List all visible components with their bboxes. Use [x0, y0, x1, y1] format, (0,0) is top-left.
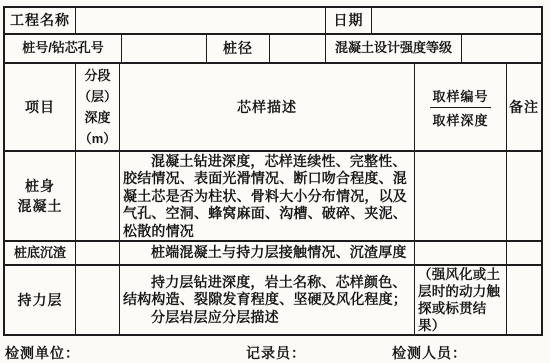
row2-description-cell: 桩端混凝土与持力层接触情况、沉渣厚度	[120, 242, 415, 264]
header-item-cell: 项目	[5, 64, 76, 150]
row1-item-label: 桩身 混凝土	[18, 176, 63, 216]
strength-grade-field[interactable]	[462, 35, 541, 62]
inspector-label: 检测人员：	[392, 343, 467, 363]
row1-description-cell: 混凝土钻进深度，芯样连续性、完整性、胶结情况、表面光滑情况、断口吻合程度、混凝土…	[120, 152, 415, 240]
row3-description-text: 持力层钻进深度，岩土名称、芯样颜色、结构构造、裂隙发育程度、坚硬及风化程度；	[123, 274, 409, 309]
pile-number-label: 桩号/钻芯孔号	[22, 38, 104, 58]
row3-remark-field[interactable]	[507, 266, 541, 334]
inspection-record-table: 工程名称 日期 桩号/钻芯孔号 桩径	[3, 6, 543, 336]
pile-diameter-label: 桩径	[223, 38, 253, 58]
project-name-label: 工程名称	[10, 10, 70, 30]
row1-description-text: 混凝土钻进深度，芯样连续性、完整性、胶结情况、表面光滑情况、断口吻合程度、混凝土…	[123, 153, 409, 241]
pile-number-field[interactable]	[122, 35, 207, 62]
pile-diameter-field[interactable]	[270, 35, 326, 62]
scanned-form-page: 工程名称 日期 桩号/钻芯孔号 桩径	[0, 0, 550, 363]
header-sample-depth-label: 取样深度	[430, 108, 490, 129]
row2-item-cell: 桩底沉渣	[5, 242, 76, 264]
row2-remark-field[interactable]	[507, 242, 541, 264]
header-remark-cell: 备注	[507, 64, 541, 150]
row3-sample-note: （强风化或土层时的动力触探或标贯结果）	[415, 266, 506, 334]
header-remark-label: 备注	[509, 97, 539, 117]
header-depth-cell: 分段 （层） 深度 （m）	[76, 64, 120, 150]
table-header-row: 项目 分段 （层） 深度 （m） 芯样描述 取样编号 取样深度 备注	[5, 64, 541, 152]
row-project-date: 工程名称 日期	[5, 8, 541, 35]
row3-sample-cell: （强风化或土层时的动力触探或标贯结果）	[415, 266, 507, 334]
project-name-label-cell: 工程名称	[5, 8, 76, 33]
row2-depth-field[interactable]	[76, 242, 120, 264]
date-label: 日期	[334, 10, 364, 30]
header-sample-number-label: 取样编号	[430, 86, 490, 108]
pile-diameter-label-cell: 桩径	[207, 35, 270, 62]
header-sample-fraction: 取样编号 取样深度	[430, 86, 490, 129]
project-name-field[interactable]	[76, 8, 326, 33]
row3-depth-field[interactable]	[76, 266, 120, 334]
row3-description-text2: 分层岩层应分层描述	[123, 309, 409, 327]
row-pile-info: 桩号/钻芯孔号 桩径 混凝土设计强度等级	[5, 35, 541, 64]
row3-item-label: 持力层	[18, 290, 63, 310]
date-label-cell: 日期	[326, 8, 372, 33]
recorder-label: 记录员：	[246, 343, 306, 363]
table-row-bearing-stratum: 持力层 持力层钻进深度，岩土名称、芯样颜色、结构构造、裂隙发育程度、坚硬及风化程…	[5, 266, 541, 334]
testing-unit-label: 检测单位：	[5, 343, 80, 363]
table-row-pile-concrete: 桩身 混凝土 混凝土钻进深度，芯样连续性、完整性、胶结情况、表面光滑情况、断口吻…	[5, 152, 541, 242]
header-description-cell: 芯样描述	[120, 64, 415, 150]
row3-item-cell: 持力层	[5, 266, 76, 334]
header-item-label: 项目	[25, 97, 55, 117]
row1-item-cell: 桩身 混凝土	[5, 152, 76, 240]
row1-remark-field[interactable]	[507, 152, 541, 240]
row2-item-label: 桩底沉渣	[14, 243, 66, 263]
row1-sample-field[interactable]	[415, 152, 507, 240]
signature-line: 检测单位： 记录员： 检测人员：	[0, 343, 550, 363]
row1-depth-field[interactable]	[76, 152, 120, 240]
table-row-sediment: 桩底沉渣 桩端混凝土与持力层接触情况、沉渣厚度	[5, 242, 541, 266]
strength-grade-label-cell: 混凝土设计强度等级	[326, 35, 462, 62]
row2-description-text: 桩端混凝土与持力层接触情况、沉渣厚度	[123, 244, 409, 262]
strength-grade-label: 混凝土设计强度等级	[335, 38, 452, 58]
pile-number-label-cell: 桩号/钻芯孔号	[5, 35, 122, 62]
header-sample-cell: 取样编号 取样深度	[415, 64, 507, 150]
row3-description-cell: 持力层钻进深度，岩土名称、芯样颜色、结构构造、裂隙发育程度、坚硬及风化程度； 分…	[120, 266, 415, 334]
row2-sample-field[interactable]	[415, 242, 507, 264]
header-depth-label: 分段 （层） 深度 （m）	[78, 65, 117, 149]
header-description-label: 芯样描述	[237, 97, 297, 117]
date-field[interactable]	[372, 8, 541, 33]
